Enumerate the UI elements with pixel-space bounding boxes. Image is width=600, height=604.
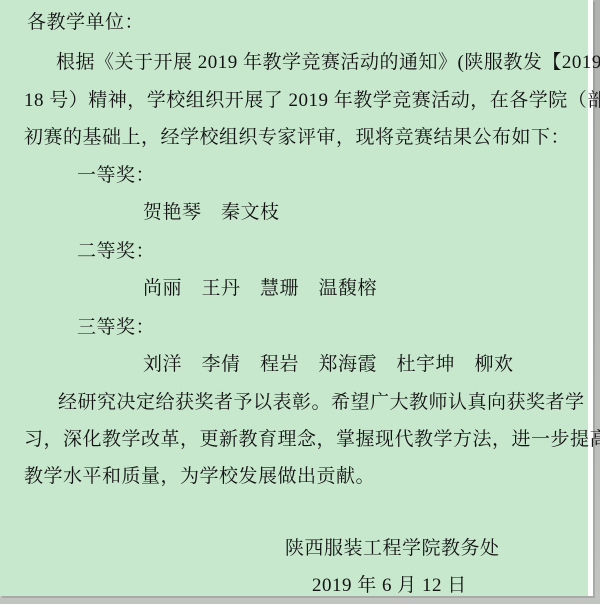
- document-background: 各教学单位： 根据《关于开展 2019 年教学竞赛活动的通知》(陕服教发【201…: [0, 0, 600, 604]
- closing-line-2: 习，深化教学改革，更新教育理念，掌握现代教学方法，进一步提高: [24, 427, 600, 452]
- second-prize-names: 尚丽 王丹 慧珊 温馥榕: [143, 276, 377, 301]
- intro-line-2: 18 号）精神，学校组织开展了 2019 年教学竞赛活动，在各学院（部）: [24, 88, 600, 113]
- intro-line-3: 初赛的基础上，经学校组织专家评审，现将竞赛结果公布如下：: [24, 125, 570, 150]
- intro-line-1: 根据《关于开展 2019 年教学竞赛活动的通知》(陕服教发【2019】: [56, 50, 600, 75]
- third-prize-names: 刘洋 李倩 程岩 郑海霞 杜宇坤 柳欢: [143, 352, 514, 377]
- notice-page: 各教学单位： 根据《关于开展 2019 年教学竞赛活动的通知》(陕服教发【201…: [0, 0, 593, 596]
- closing-line-3: 教学水平和质量，为学校发展做出贡献。: [24, 464, 375, 489]
- first-prize-label: 一等奖：: [77, 163, 155, 188]
- signature-line: 陕西服装工程学院教务处: [285, 536, 500, 561]
- third-prize-label: 三等奖：: [77, 315, 155, 340]
- salutation-line: 各教学单位：: [27, 10, 144, 35]
- second-prize-label: 二等奖：: [77, 239, 155, 264]
- closing-line-1: 经研究决定给获奖者予以表彰。希望广大教师认真向获奖者学: [58, 390, 585, 415]
- first-prize-names: 贺艳琴 秦文枝: [143, 200, 280, 225]
- date-line: 2019 年 6 月 12 日: [312, 573, 467, 598]
